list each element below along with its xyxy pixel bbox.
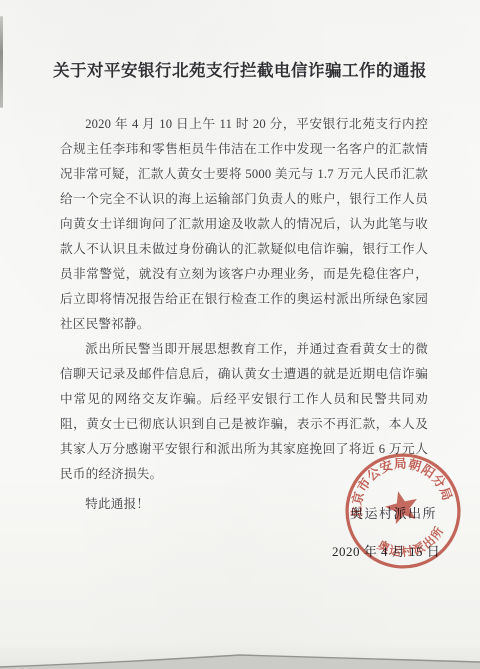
seal-star-icon: [382, 487, 422, 525]
scan-edge-artifact: [0, 16, 3, 108]
page-bottom-curl: [0, 651, 480, 669]
document-title: 关于对平安银行北苑支行拦截电信诈骗工作的通报: [0, 0, 480, 81]
body-paragraph: 2020 年 4 月 10 日上午 11 时 20 分，平安银行北苑支行内控合规…: [60, 112, 428, 337]
seal-bottom-text: 奥运村派出所: [372, 521, 451, 566]
scanned-document-page: 关于对平安银行北苑支行拦截电信诈骗工作的通报 2020 年 4 月 10 日上午…: [0, 0, 480, 669]
